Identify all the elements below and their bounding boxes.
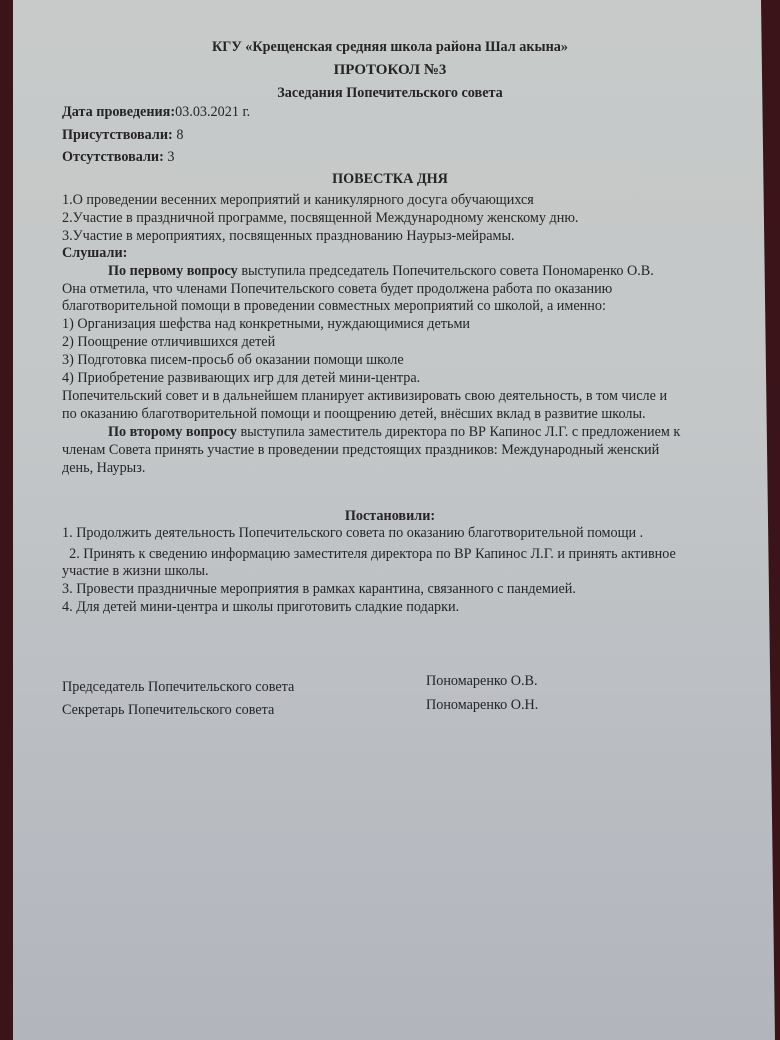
q1-line: по оказанию благотворительной помощи и п… xyxy=(62,405,646,423)
q1-line: 2) Поощрение отличившихся детей xyxy=(62,333,275,351)
meeting-title: Заседания Попечительского совета xyxy=(0,84,780,102)
present-value: 8 xyxy=(173,127,184,143)
signature-name: Пономаренко О.Н. xyxy=(426,696,538,714)
date-label: Дата проведения: xyxy=(62,104,175,120)
signature-name: Пономаренко О.В. xyxy=(426,672,538,690)
signature-role: Секретарь Попечительского совета xyxy=(62,701,274,719)
present-count: Присутствовали: 8 xyxy=(62,126,183,144)
resolved-heading: Постановили: xyxy=(0,507,780,525)
org-title: КГУ «Крещенская средняя школа района Шал… xyxy=(0,38,780,56)
signature-role: Председатель Попечительского совета xyxy=(62,678,294,696)
q1-line: благотворительной помощи в проведении со… xyxy=(62,297,606,315)
agenda-item: 2.Участие в праздничной программе, посвя… xyxy=(62,209,578,227)
protocol-title: ПРОТОКОЛ №3 xyxy=(0,61,780,79)
resolution-item: 1. Продолжить деятельность Попечительско… xyxy=(62,524,643,542)
date-value: 03.03.2021 г. xyxy=(175,104,250,120)
heard-heading: Слушали: xyxy=(62,244,127,262)
absent-label: Отсутствовали: xyxy=(62,149,164,165)
q1-line: 4) Приобретение развивающих игр для дете… xyxy=(62,369,420,387)
q2-bold: По второму вопросу xyxy=(108,424,237,440)
q2-line: членам Совета принять участие в проведен… xyxy=(62,441,659,459)
absent-count: Отсутствовали: 3 xyxy=(62,148,174,166)
q1-line: Попечительский совет и в дальнейшем план… xyxy=(62,387,667,405)
absent-value: 3 xyxy=(164,149,175,165)
meeting-date: Дата проведения:03.03.2021 г. xyxy=(62,103,250,121)
q1-line: 1) Организация шефства над конкретными, … xyxy=(62,315,470,333)
resolution-item: участие в жизни школы. xyxy=(62,562,209,580)
protocol-document: КГУ «Крещенская средняя школа района Шал… xyxy=(0,0,780,1040)
q1-line: 3) Подготовка писем-просьб об оказании п… xyxy=(62,351,404,369)
resolution-item: 2. Принять к сведению информацию замести… xyxy=(62,545,676,563)
agenda-item: 3.Участие в мероприятиях, посвященных пр… xyxy=(62,227,515,245)
q1-intro: По первому вопросу выступила председател… xyxy=(108,262,654,280)
agenda-item: 1.О проведении весенних мероприятий и ка… xyxy=(62,191,534,209)
resolution-item: 4. Для детей мини-центра и школы пригото… xyxy=(62,598,459,616)
q2-line: день, Наурыз. xyxy=(62,459,145,477)
agenda-heading: ПОВЕСТКА ДНЯ xyxy=(0,170,780,188)
q2-intro: По второму вопросу выступила заместитель… xyxy=(108,423,680,441)
resolution-item: 3. Провести праздничные мероприятия в ра… xyxy=(62,580,576,598)
q1-line: Она отметила, что членами Попечительског… xyxy=(62,280,612,298)
q1-bold: По первому вопросу xyxy=(108,263,238,279)
present-label: Присутствовали: xyxy=(62,127,173,143)
